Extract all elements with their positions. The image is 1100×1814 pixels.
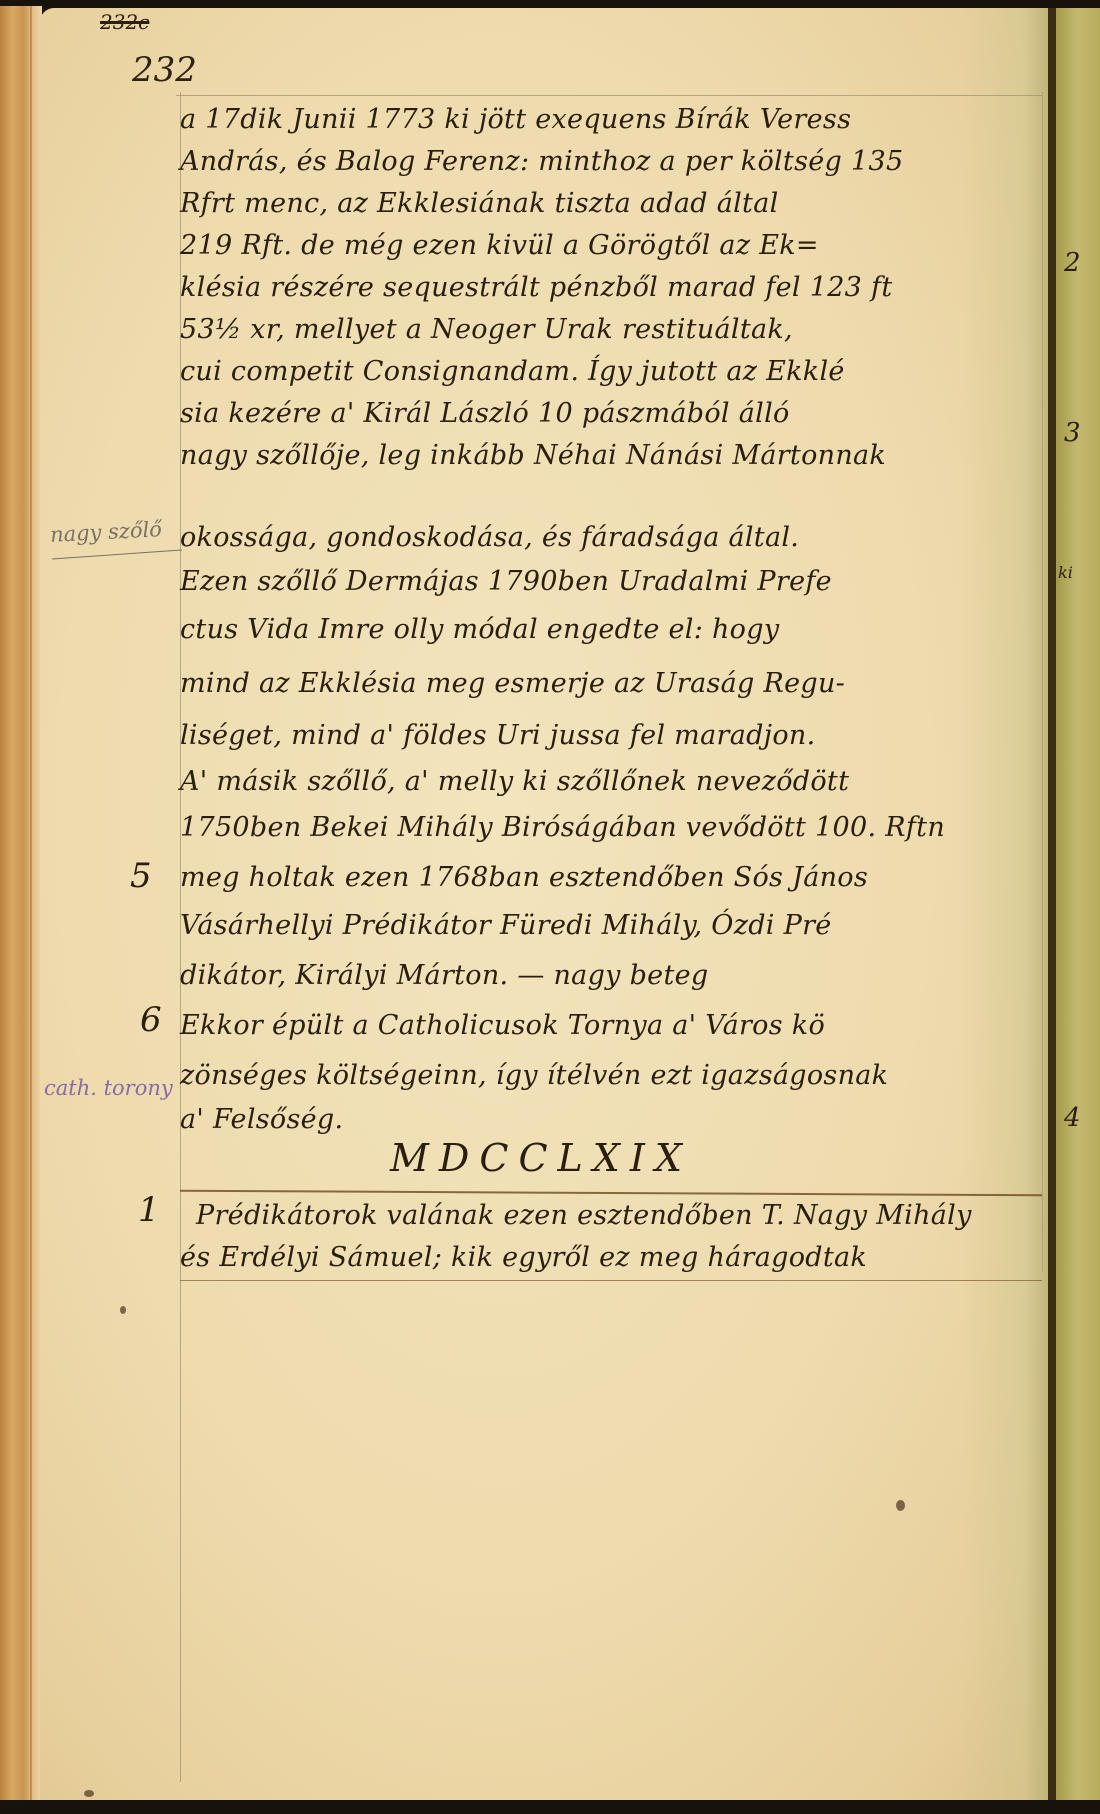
- ruled-margin-right: [1042, 92, 1043, 1272]
- ink-spot: [120, 1306, 126, 1314]
- manuscript-line: Rfrt menc, az Ekklesiának tiszta adad ál…: [180, 184, 1040, 224]
- margin-note-violet: cath. torony: [44, 1076, 173, 1100]
- item-number: 1: [138, 1190, 160, 1230]
- manuscript-line: és Erdélyi Sámuel; kik egyről ez meg hár…: [180, 1238, 1040, 1278]
- manuscript-line: András, és Balog Ferenz: minthoz a per k…: [180, 142, 1040, 182]
- manuscript-line: Ezen szőllő Dermájas 1790ben Uradalmi Pr…: [180, 562, 1040, 602]
- manuscript-line: a 17dik Junii 1773 ki jött exequens Bírá…: [180, 100, 1040, 140]
- manuscript-line: a' Felsőség.: [180, 1100, 1040, 1140]
- manuscript-line: 53½ xr, mellyet a Neoger Urak restituált…: [180, 310, 1040, 350]
- facing-page-number: 3: [1064, 418, 1081, 448]
- ruled-line-top: [176, 95, 1042, 96]
- facing-page-strip: 2 3 ki 4: [1056, 8, 1100, 1800]
- item-number: 6: [140, 1000, 162, 1040]
- manuscript-line: mind az Ekklésia meg esmerje az Uraság R…: [180, 664, 1040, 704]
- scan-border-top: [0, 0, 1100, 8]
- facing-page-number: 2: [1064, 248, 1081, 278]
- manuscript-line: 1750ben Bekei Mihály Biróságában vevődöt…: [180, 808, 1040, 848]
- facing-page-note: ki: [1058, 563, 1073, 582]
- page-number: 232: [132, 50, 197, 90]
- manuscript-line: meg holtak ezen 1768ban esztendőben Sós …: [180, 858, 1040, 898]
- ruled-line-bottom: [180, 1280, 1042, 1281]
- manuscript-line: A' másik szőllő, a' melly ki szőllőnek n…: [180, 762, 1040, 802]
- manuscript-line: dikátor, Királyi Márton. — nagy beteg: [180, 956, 1040, 996]
- ink-spot: [84, 1790, 94, 1797]
- manuscript-line: nagy szőllője, leg inkább Néhai Nánási M…: [180, 436, 1040, 476]
- crossed-out-header: 232c: [100, 10, 149, 34]
- scan-border-bottom: [0, 1800, 1100, 1814]
- manuscript-line: liséget, mind a' földes Uri jussa fel ma…: [180, 716, 1040, 756]
- manuscript-line: Vásárhellyi Prédikátor Füredi Mihály, Óz…: [180, 906, 1040, 946]
- facing-page-number: 4: [1064, 1103, 1081, 1133]
- manuscript-line: cui competit Consignandam. Így jutott az…: [180, 352, 1040, 392]
- manuscript-line: okossága, gondoskodása, és fáradsága ált…: [180, 518, 1040, 558]
- item-number: 5: [130, 856, 152, 896]
- ink-spot: [896, 1500, 905, 1511]
- manuscript-line: ctus Vida Imre olly módal engedte el: ho…: [180, 610, 1040, 650]
- manuscript-line: Ekkor épült a Catholicusok Tornya a' Vár…: [180, 1006, 1040, 1046]
- year-heading: MDCCLXIX: [390, 1136, 692, 1180]
- book-edge-line: [30, 6, 32, 1802]
- manuscript-line: sia kezére a' Királ László 10 pászmából …: [180, 394, 1040, 434]
- book-page-edges: [0, 6, 42, 1802]
- manuscript-line: 219 Rft. de még ezen kivül a Görögtől az…: [180, 226, 1040, 266]
- manuscript-line: Prédikátorok valának ezen esztendőben T.…: [196, 1196, 1042, 1236]
- manuscript-line: zönséges költségeinn, így ítélvén ezt ig…: [180, 1056, 1040, 1096]
- manuscript-line: klésia részére sequestrált pénzből marad…: [180, 268, 1040, 308]
